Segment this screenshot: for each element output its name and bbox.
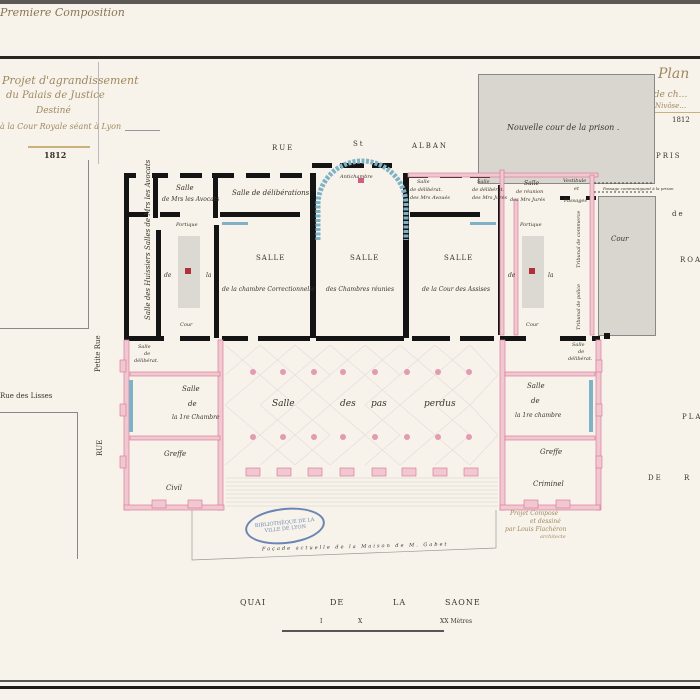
salles-mrs-label: Salles de Mrs les Avocats: [144, 160, 152, 250]
passage-prison: Passage communiquant à la prison: [603, 186, 674, 191]
floor-plan-drawing: [0, 0, 700, 700]
la-right: la: [548, 272, 554, 279]
tribunal-police: Tribunal de police: [576, 284, 582, 330]
pas-perdus-salle: Salle: [272, 399, 295, 409]
salle-deliberations: Salle de délibérations: [232, 189, 309, 197]
pas-perdus-des: des: [340, 399, 356, 409]
pump-left: [185, 268, 191, 274]
salle-delib-2-2: de délibérat.: [472, 187, 504, 193]
pump-right: [529, 268, 535, 274]
facade-outline: [192, 510, 496, 560]
salle-delib-avoues-2: de délibérat.: [410, 187, 442, 193]
pas-perdus-pas: pas: [371, 399, 387, 409]
delib-left-3: délibérat.: [134, 358, 159, 364]
salle-1re-right-3: la 1re chambre: [515, 412, 561, 419]
salle-1re-left-1: Salle: [182, 385, 200, 393]
portique-left: Portique: [176, 222, 198, 228]
cour-left-label: Cour: [180, 322, 192, 328]
salle-delib-2-3: des Mrs Jurés: [472, 195, 507, 201]
delib-right-1: Salle: [572, 342, 585, 348]
salle-3-title: SALLE: [444, 254, 473, 262]
greffe-civil-2: Civil: [166, 484, 182, 492]
apse-benches: [318, 161, 406, 240]
salle-reunion-2: de réunion: [516, 189, 543, 195]
vault-lines: [225, 345, 498, 465]
steps: [226, 478, 498, 506]
signature-2: et dessiné: [530, 518, 561, 525]
tribunal-commerce: Tribunal de commerce: [576, 211, 582, 268]
delib-left-2: de: [144, 351, 150, 357]
salle-2-desc: des Chambres réunies: [326, 286, 394, 293]
salle-2-title: SALLE: [350, 254, 379, 262]
border-line-outer: [0, 686, 700, 689]
signature-1: Projet Composé: [510, 510, 558, 517]
salle-1-title: SALLE: [256, 254, 285, 262]
signature-4: architecte: [540, 534, 566, 540]
portique-right: Portique: [520, 222, 542, 228]
antichambre: Antichambre: [340, 174, 373, 180]
signature-3: par Louis Flachéron: [505, 526, 566, 533]
la-left: la: [206, 272, 212, 279]
salle-1re-left-3: la 1re Chambre: [172, 414, 220, 421]
salle-delib-2-1: Salle: [477, 179, 490, 185]
border-line-inner: [0, 680, 700, 682]
greffe-civil-1: Greffe: [164, 450, 186, 458]
salle-1re-left-2: de: [188, 400, 197, 408]
vestibule-2: et: [574, 186, 579, 192]
de-right: de: [508, 272, 515, 279]
delib-right-2: de: [578, 349, 584, 355]
salle-3-desc: de la Cour des Assises: [422, 286, 490, 293]
salle-delib-avoues-1: Salle: [417, 179, 430, 185]
salle-delib-avoues-3: des Mrs Avoués: [410, 195, 450, 201]
delib-left-1: Salle: [138, 344, 151, 350]
salle-huissiers-label: Salle des Huissiers: [144, 252, 152, 320]
pas-perdus-perdus: perdus: [424, 399, 456, 409]
cour-right-label: Cour: [526, 322, 538, 328]
salle-1re-right-2: de: [531, 397, 540, 405]
salle-reunion-3: des Mrs Jurés: [510, 197, 545, 203]
salle-avocats-1: Salle: [176, 184, 194, 192]
salle-reunion-1: Salle: [524, 180, 539, 187]
de-left: de: [164, 272, 171, 279]
salle-avocats-2: de Mrs les Avocats: [162, 196, 219, 203]
vestibule-1: Vestibule: [563, 178, 586, 184]
greffe-criminel-1: Greffe: [540, 448, 562, 456]
salle-1re-right-1: Salle: [527, 382, 545, 390]
delib-right-3: délibérat.: [568, 356, 593, 362]
vestibule-3: Passages: [564, 198, 587, 204]
salle-1-desc: de la chambre Correctionnelle: [222, 286, 315, 293]
greffe-criminel-2: Criminel: [533, 480, 564, 488]
